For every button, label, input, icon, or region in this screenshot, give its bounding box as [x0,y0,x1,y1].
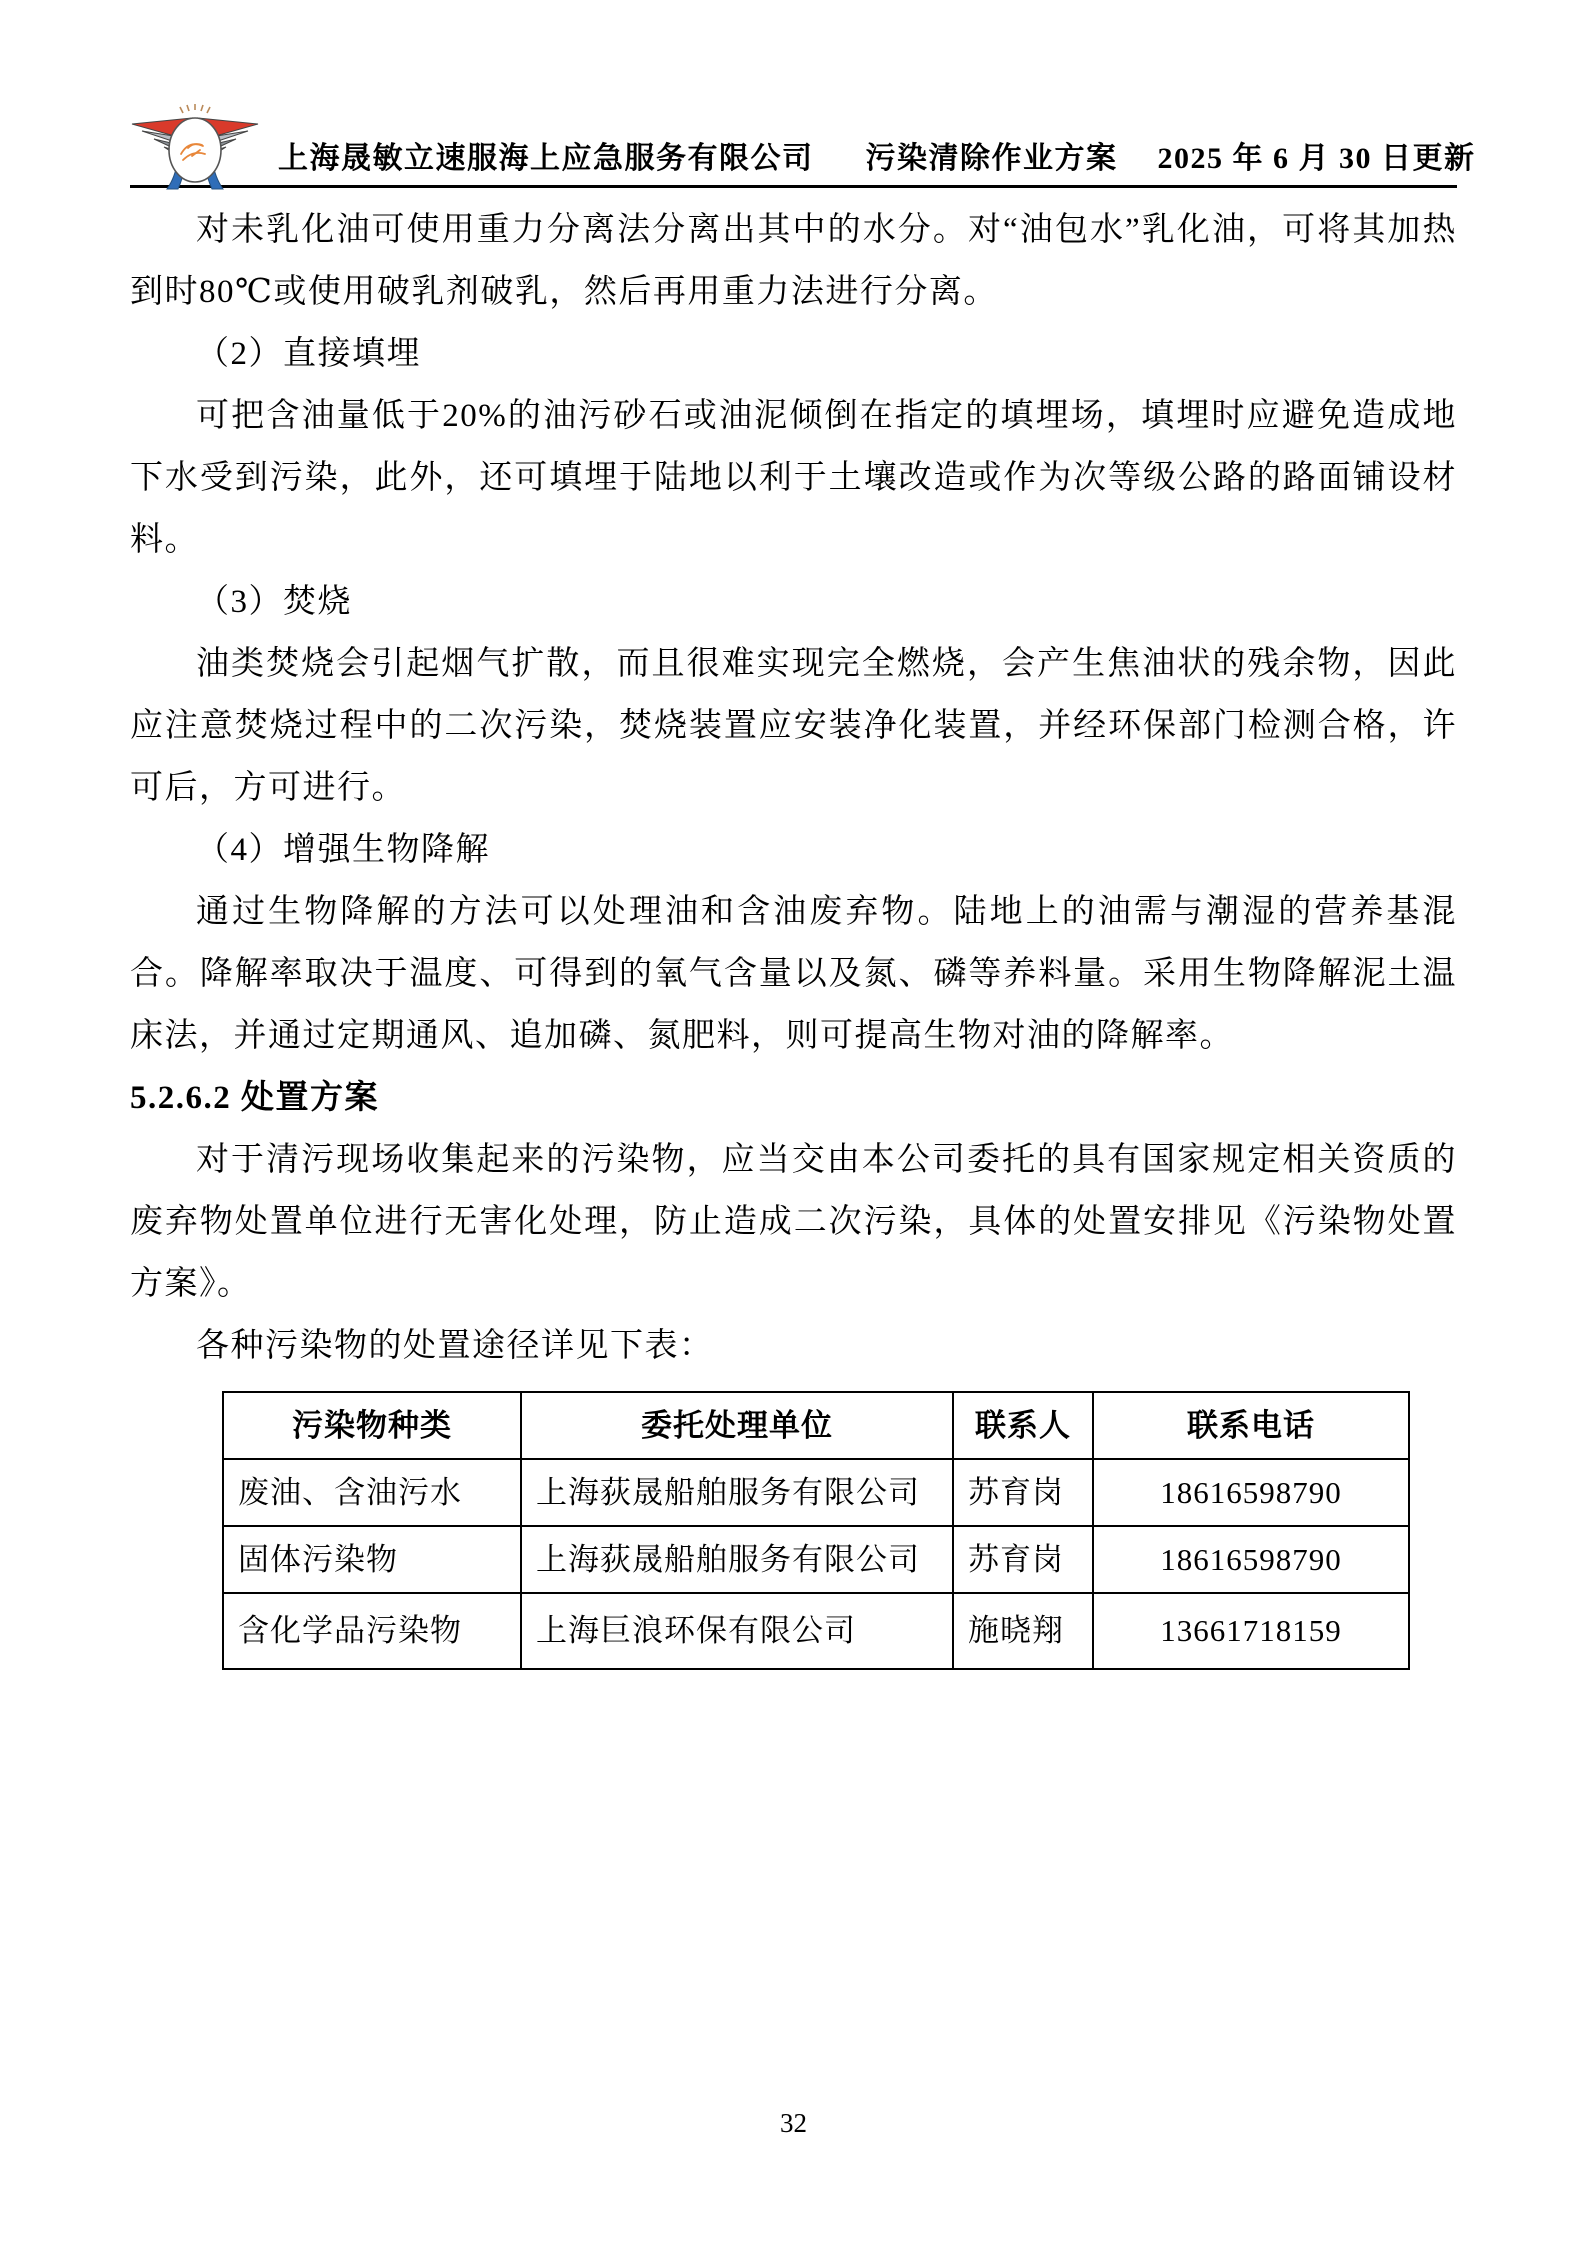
table-lead-in: 各种污染物的处置途径详见下表： [130,1315,1457,1377]
page-number: 32 [0,2108,1587,2139]
table-header-row: 污染物种类 委托处理单位 联系人 联系电话 [223,1392,1409,1459]
paragraph-landfill: 可把含油量低于20%的油污砂石或油泥倾倒在指定的填埋场，填埋时应避免造成地下水受… [130,385,1457,571]
paragraph-incineration: 油类焚烧会引起烟气扩散，而且很难实现完全燃烧，会产生焦油状的残余物，因此应注意焚… [130,633,1457,819]
page-header: 上海晟敏立速服海上应急服务有限公司 污染清除作业方案 2025 年 6 月 30… [130,0,1457,188]
cell-handling-unit: 上海巨浪环保有限公司 [521,1593,953,1669]
disposal-table-wrapper: 污染物种类 委托处理单位 联系人 联系电话 废油、含油污水 上海荻晟船舶服务有限… [222,1391,1457,1670]
cell-handling-unit: 上海荻晟船舶服务有限公司 [521,1459,953,1526]
header-updated-date: 2025 年 6 月 30 日更新 [1158,133,1476,177]
document-body: 对未乳化油可使用重力分离法分离出其中的水分。对“油包水”乳化油，可将其加热到时8… [130,199,1457,1670]
table-row: 废油、含油污水 上海荻晟船舶服务有限公司 苏育岗 18616598790 [223,1459,1409,1526]
col-header-pollutant-type: 污染物种类 [223,1392,521,1459]
cell-contact-person: 施晓翔 [953,1593,1093,1669]
header-text-row: 上海晟敏立速服海上应急服务有限公司 污染清除作业方案 2025 年 6 月 30… [278,133,1476,177]
table-row: 固体污染物 上海荻晟船舶服务有限公司 苏育岗 18616598790 [223,1526,1409,1593]
disposal-table: 污染物种类 委托处理单位 联系人 联系电话 废油、含油污水 上海荻晟船舶服务有限… [222,1391,1410,1670]
cell-pollutant-type: 含化学品污染物 [223,1593,521,1669]
subheading-incineration: （3）焚烧 [130,571,1457,633]
company-logo-icon [126,104,264,190]
col-header-handling-unit: 委托处理单位 [521,1392,953,1459]
col-header-contact-person: 联系人 [953,1392,1093,1459]
cell-contact-phone: 13661718159 [1093,1593,1409,1669]
cell-pollutant-type: 废油、含油污水 [223,1459,521,1526]
header-doc-title: 污染清除作业方案 [866,133,1118,177]
paragraph-biodegradation: 通过生物降解的方法可以处理油和含油废弃物。陆地上的油需与潮湿的营养基混合。降解率… [130,881,1457,1067]
section-heading-disposal-plan: 5.2.6.2 处置方案 [130,1067,1457,1129]
table-row: 含化学品污染物 上海巨浪环保有限公司 施晓翔 13661718159 [223,1593,1409,1669]
cell-contact-phone: 18616598790 [1093,1526,1409,1593]
subheading-direct-landfill: （2）直接填埋 [130,323,1457,385]
document-page: 上海晟敏立速服海上应急服务有限公司 污染清除作业方案 2025 年 6 月 30… [0,0,1587,2245]
cell-contact-person: 苏育岗 [953,1526,1093,1593]
subheading-biodegradation: （4）增强生物降解 [130,819,1457,881]
cell-contact-phone: 18616598790 [1093,1459,1409,1526]
paragraph-demulsification: 对未乳化油可使用重力分离法分离出其中的水分。对“油包水”乳化油，可将其加热到时8… [130,199,1457,323]
col-header-contact-phone: 联系电话 [1093,1392,1409,1459]
header-company-name: 上海晟敏立速服海上应急服务有限公司 [278,133,814,177]
cell-pollutant-type: 固体污染物 [223,1526,521,1593]
paragraph-disposal-plan: 对于清污现场收集起来的污染物，应当交由本公司委托的具有国家规定相关资质的废弃物处… [130,1129,1457,1315]
cell-handling-unit: 上海荻晟船舶服务有限公司 [521,1526,953,1593]
cell-contact-person: 苏育岗 [953,1459,1093,1526]
